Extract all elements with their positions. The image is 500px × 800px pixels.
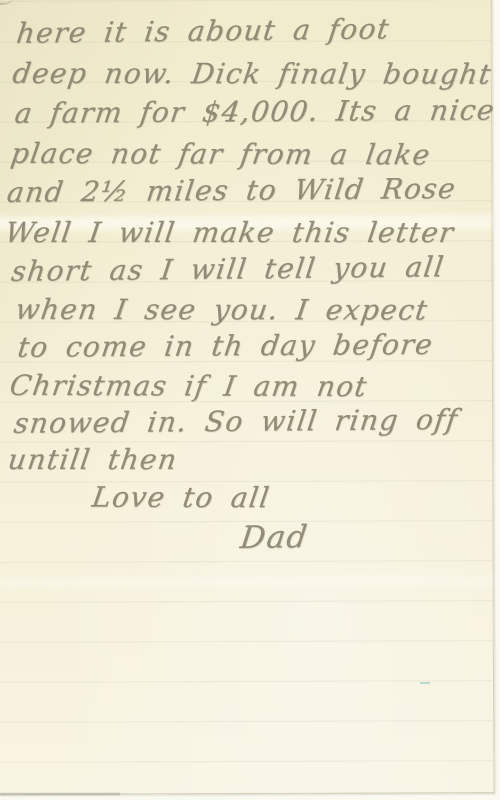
handwritten-line: Christmas if I am not	[8, 369, 370, 403]
paper-bottom-edge	[0, 793, 120, 795]
handwritten-line: when I see you. I expect	[13, 293, 430, 327]
handwritten-line: snowed in. So will ring off	[12, 403, 460, 440]
handwritten-line: and 2½ miles to Wild Rose	[5, 172, 458, 209]
handwritten-line: deep now. Dick finaly bought	[11, 57, 494, 91]
handwritten-text: here it is about a foot deep now. Dick f…	[0, 0, 493, 794]
handwritten-line: a farm for $4,000. Its a nice	[13, 93, 497, 129]
signature-line: Dad	[238, 519, 310, 556]
closing-line: Love to all	[90, 481, 272, 515]
handwritten-line: Well I will make this letter	[3, 216, 456, 249]
handwritten-line: here it is about a foot	[15, 12, 392, 50]
handwritten-line: untill then	[6, 443, 180, 476]
scan-artifact-speck	[420, 682, 430, 684]
letter-paper: here it is about a foot deep now. Dick f…	[0, 0, 494, 795]
scanned-letter-page: here it is about a foot deep now. Dick f…	[0, 0, 500, 800]
handwritten-line: to come in th day before	[16, 328, 436, 364]
handwritten-line: short as I will tell you all	[9, 250, 446, 288]
handwritten-line: place not far from a lake	[9, 137, 433, 171]
